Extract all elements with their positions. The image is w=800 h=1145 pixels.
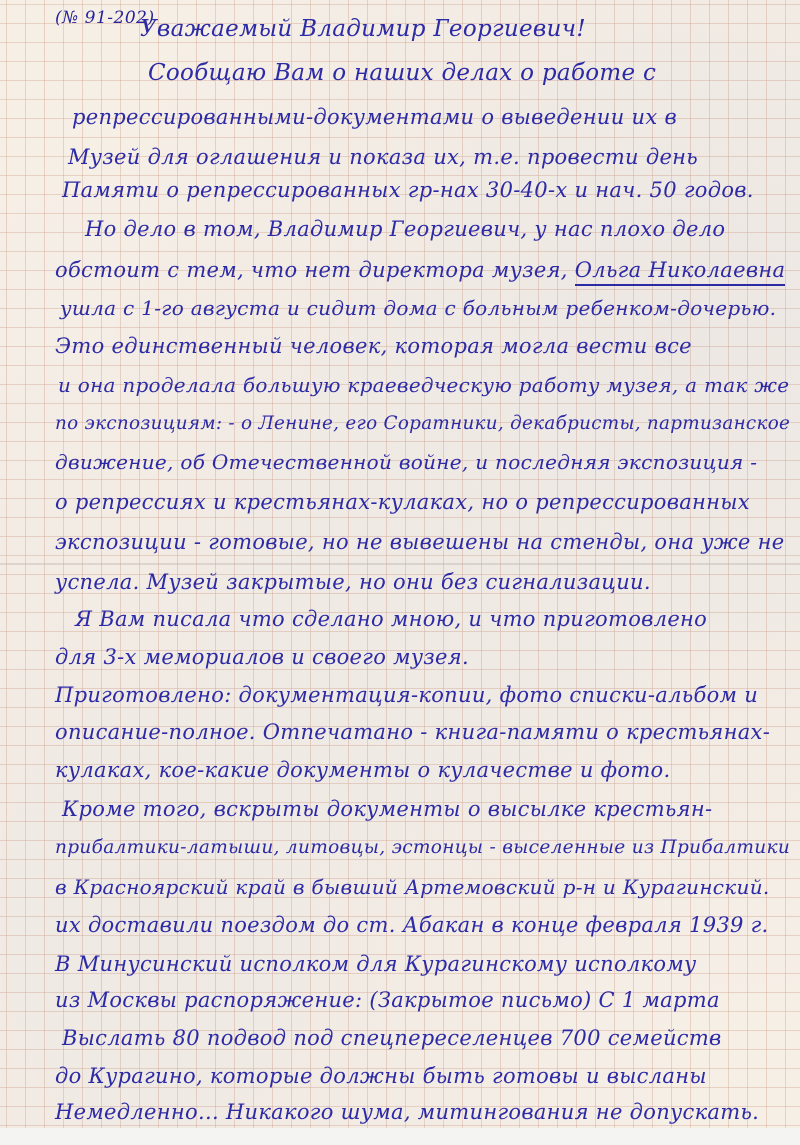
letter-line: прибалтики-латыши, литовцы, эстонцы - вы… xyxy=(55,836,790,858)
letter-line: экспозиции - готовые, но не вывешены на … xyxy=(55,530,784,554)
letter-line: Это единственный человек, которая могла … xyxy=(55,334,692,358)
letter-line: Но дело в том, Владимир Георгиевич, у на… xyxy=(85,217,725,241)
letter-line: ушла с 1-го августа и сидит дома с больн… xyxy=(60,296,776,320)
letter-line: успела. Музей закрытые, но они без сигна… xyxy=(55,570,651,594)
letter-line: их доставили поездом до ст. Абакан в кон… xyxy=(55,913,769,937)
letter-line: репрессированными-документами о выведени… xyxy=(72,105,677,129)
letter-line: из Москвы распоряжение: (Закрытое письмо… xyxy=(55,988,720,1012)
letter-line: движение, об Отечественной войне, и посл… xyxy=(55,450,757,474)
letter-line: Приготовлено: документация-копии, фото с… xyxy=(55,683,758,707)
letter-line: описание-полное. Отпечатано - книга-памя… xyxy=(55,720,770,744)
paper-fold xyxy=(0,563,800,565)
letter-line: и она проделала большую краеведческую ра… xyxy=(58,373,789,397)
letter-line: о репрессиях и крестьянах-кулаках, но о … xyxy=(55,490,750,514)
letter-line: Немедленно... Никакого шума, митинговани… xyxy=(55,1100,759,1124)
page-edge xyxy=(0,1128,800,1145)
letter-line: В Минусинский исполком для Курагинскому … xyxy=(55,952,697,976)
salutation: Уважаемый Владимир Георгиевич! xyxy=(140,16,586,42)
letter-line: по экспозициям: - о Ленине, его Соратник… xyxy=(55,412,790,434)
underlined-name: Ольга Николаевна xyxy=(575,258,786,286)
letter-line-text: обстоит с тем, что нет директора музея, xyxy=(55,258,568,282)
letter-line: Выслать 80 подвод под спецпереселенцев 7… xyxy=(62,1026,722,1050)
letter-line: Кроме того, вскрыты документы о высылке … xyxy=(62,797,712,821)
letter-line: Сообщаю Вам о наших делах о работе с xyxy=(148,60,656,86)
letter-line: в Красноярский край в бывший Артемовский… xyxy=(55,875,770,899)
letter-line: Памяти о репрессированных гр-нах 30-40-х… xyxy=(62,178,754,202)
letter-line: кулаках, кое-какие документы о кулачеств… xyxy=(55,758,670,782)
letter-line: Музей для оглашения и показа их, т.е. пр… xyxy=(68,145,698,169)
letter-line: до Курагино, которые должны быть готовы … xyxy=(55,1064,707,1088)
letter-line: Я Вам писала что сделано мною, и что при… xyxy=(75,607,707,631)
letter-line: для 3-х мемориалов и своего музея. xyxy=(55,645,469,669)
letter-line: обстоит с тем, что нет директора музея, … xyxy=(55,258,785,282)
